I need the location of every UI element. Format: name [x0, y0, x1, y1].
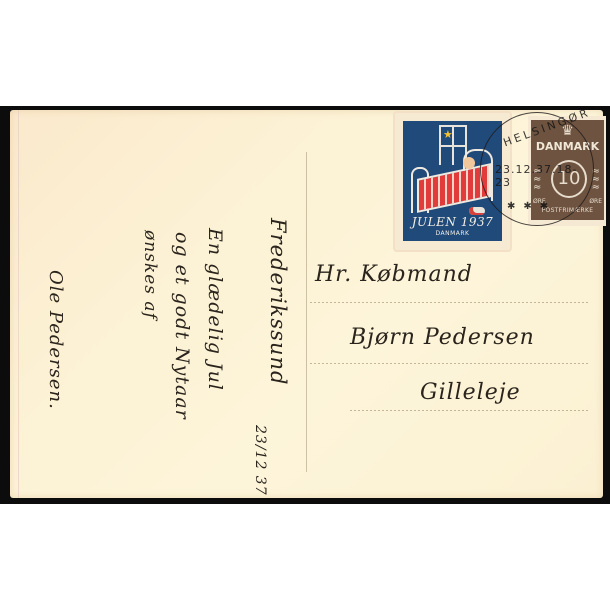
denomination-right: ØRE: [589, 198, 602, 205]
star-icon: ★: [443, 129, 453, 140]
seal-title: JULEN 1937: [403, 215, 502, 229]
address-line-1: Hr. Købmand: [315, 262, 473, 287]
signature: Ole Pedersen.: [45, 270, 66, 410]
address-line: [310, 363, 590, 364]
slipper-icon: [469, 207, 485, 215]
message-line-3: ønskes af: [140, 230, 160, 320]
address-line-2: Bjørn Pedersen: [350, 325, 535, 350]
postmark-stars-icon: ✱✱✱: [507, 201, 556, 212]
child-icon: [463, 157, 475, 169]
address-line-3: Gilleleje: [420, 380, 521, 405]
message-date: 23/12 37: [252, 425, 268, 496]
divider-line: [306, 152, 307, 472]
postmark: HELSINGØR 23.12.37.18-23 ✱✱✱: [480, 112, 594, 226]
seal-subtitle: DANMARK: [403, 230, 502, 237]
address-line: [310, 302, 590, 303]
message-line-2: og et godt Nytaar: [171, 232, 193, 420]
message-place: Frederikssund: [266, 218, 290, 385]
postmark-date: 23.12.37.18-23: [481, 163, 593, 189]
message-line-1: En glædelig Jul: [204, 228, 226, 391]
address-line: [350, 410, 590, 411]
